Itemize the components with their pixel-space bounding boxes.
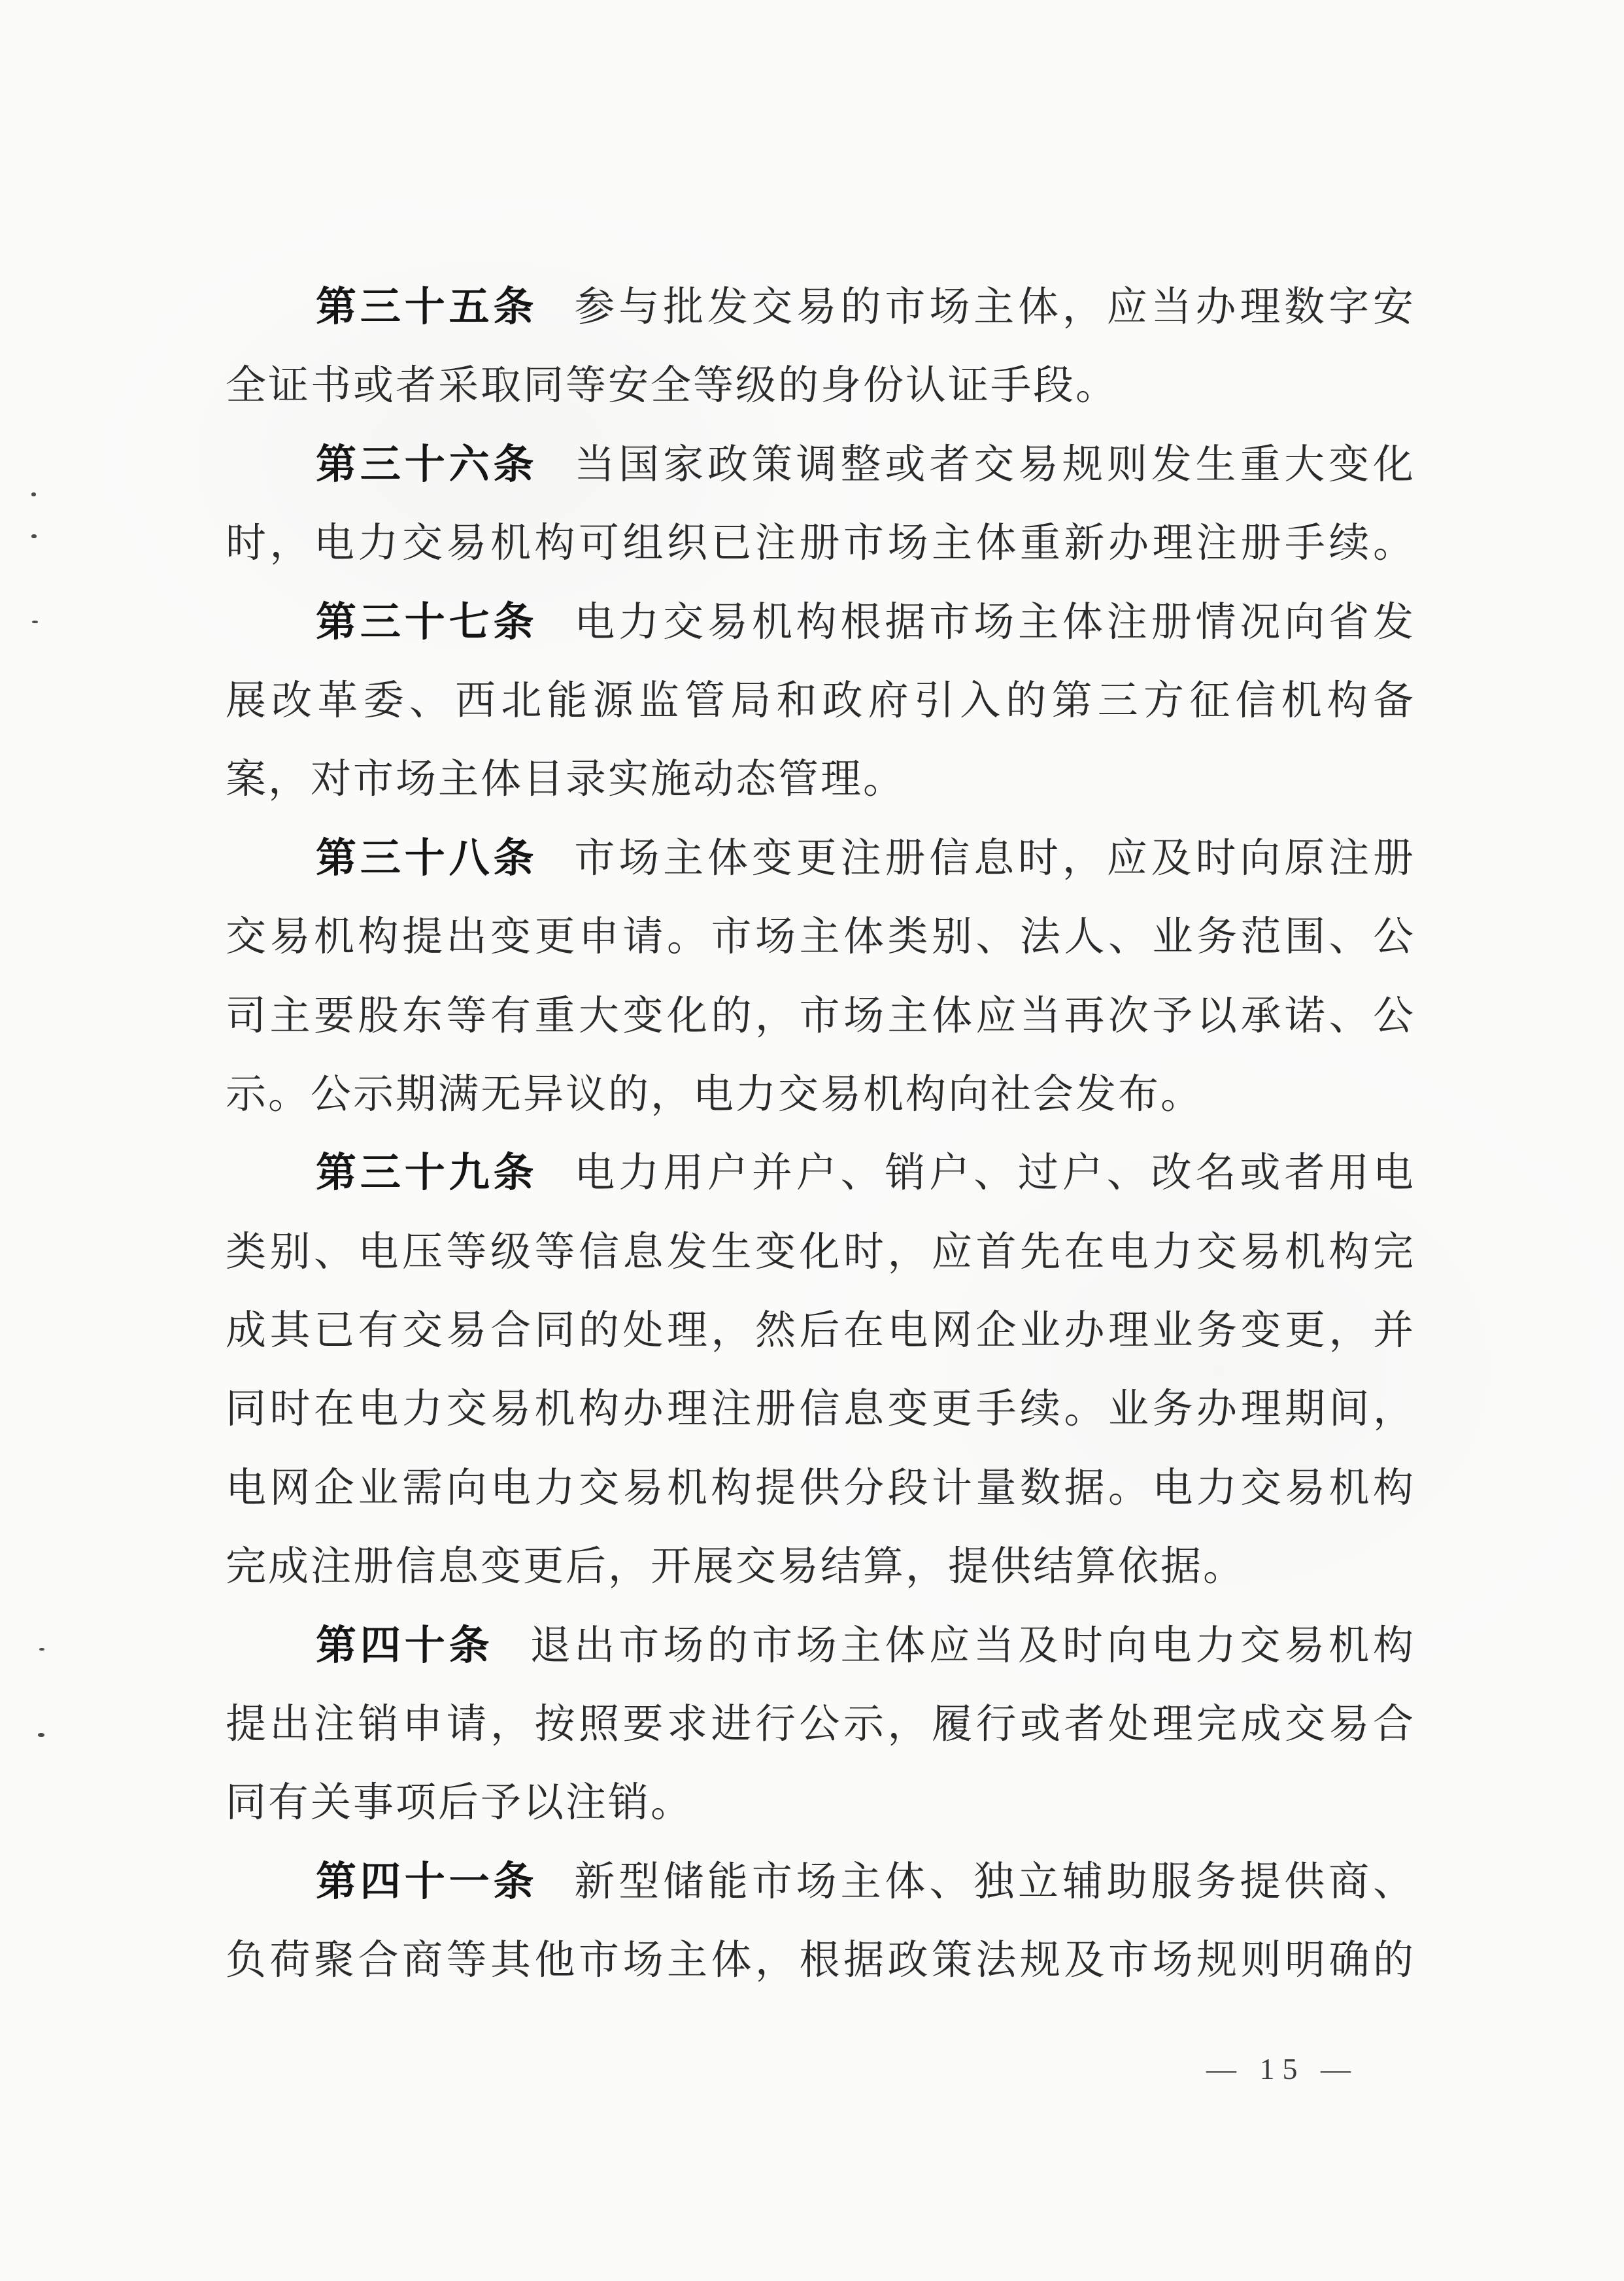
line-text: 提出注销申请，按照要求进行公示，履行或者处理完成交易合 [226, 1702, 1415, 1747]
article-number: 第四十条 [316, 1624, 493, 1668]
scan-speck [31, 492, 36, 496]
page-number: — 15 — [1206, 2049, 1359, 2089]
doc-line: 交易机构提出变更申请。市场主体类别、法人、业务范围、公 [226, 898, 1415, 976]
doc-line: 完成注册信息变更后，开展交易结算，提供结算依据。 [226, 1528, 1415, 1606]
article-heading-line: 第四十一条新型储能市场主体、独立辅助服务提供商、 [226, 1843, 1415, 1921]
doc-line: 案，对市场主体目录实施动态管理。 [226, 740, 1415, 819]
line-text: 参与批发交易的市场主体，应当办理数字安 [574, 285, 1415, 330]
line-text: 案，对市场主体目录实施动态管理。 [226, 757, 905, 802]
line-text: 完成注册信息变更后，开展交易结算，提供结算依据。 [226, 1545, 1245, 1589]
line-text: 同时在电力交易机构办理注册信息变更手续。业务办理期间， [226, 1387, 1415, 1432]
line-text: 交易机构提出变更申请。市场主体类别、法人、业务范围、公 [226, 915, 1415, 959]
doc-line: 同时在电力交易机构办理注册信息变更手续。业务办理期间， [226, 1370, 1415, 1449]
line-text: 示。公示期满无异议的，电力交易机构向社会发布。 [226, 1072, 1203, 1117]
line-text: 展改革委、西北能源监管局和政府引入的第三方征信机构备 [226, 679, 1415, 723]
doc-line: 负荷聚合商等其他市场主体，根据政策法规及市场规则明确的 [226, 1921, 1415, 2000]
document-page: 第三十五条参与批发交易的市场主体，应当办理数字安 全证书或者采取同等安全等级的身… [0, 0, 1624, 2281]
doc-line: 电网企业需向电力交易机构提供分段计量数据。电力交易机构 [226, 1449, 1415, 1528]
line-text: 退出市场的市场主体应当及时向电力交易机构 [530, 1624, 1415, 1668]
doc-line: 司主要股东等有重大变化的，市场主体应当再次予以承诺、公 [226, 977, 1415, 1055]
doc-line: 同有关事项后予以注销。 [226, 1764, 1415, 1842]
article-number: 第三十八条 [316, 836, 537, 881]
scan-speck [31, 534, 37, 538]
doc-line: 时，电力交易机构可组织已注册市场主体重新办理注册手续。 [226, 504, 1415, 583]
article-number: 第三十六条 [316, 443, 537, 487]
line-text: 成其已有交易合同的处理，然后在电网企业办理业务变更，并 [226, 1309, 1415, 1353]
line-text: 同有关事项后予以注销。 [226, 1781, 693, 1825]
line-text: 当国家政策调整或者交易规则发生重大变化 [574, 443, 1415, 487]
text-block: 第三十五条参与批发交易的市场主体，应当办理数字安 全证书或者采取同等安全等级的身… [226, 268, 1415, 2000]
line-text: 新型储能市场主体、独立辅助服务提供商、 [574, 1860, 1415, 1904]
line-text: 全证书或者采取同等安全等级的身份认证手段。 [226, 364, 1118, 408]
line-text: 类别、电压等级等信息发生变化时，应首先在电力交易机构完 [226, 1230, 1415, 1275]
doc-line: 示。公示期满无异议的，电力交易机构向社会发布。 [226, 1055, 1415, 1134]
line-text: 电网企业需向电力交易机构提供分段计量数据。电力交易机构 [226, 1466, 1415, 1511]
line-text: 电力用户并户、销户、过户、改名或者用电 [574, 1151, 1415, 1195]
doc-line: 类别、电压等级等信息发生变化时，应首先在电力交易机构完 [226, 1213, 1415, 1292]
doc-line: 展改革委、西北能源监管局和政府引入的第三方征信机构备 [226, 662, 1415, 740]
article-number: 第四十一条 [316, 1860, 537, 1904]
doc-line: 提出注销申请，按照要求进行公示，履行或者处理完成交易合 [226, 1685, 1415, 1764]
article-number: 第三十九条 [316, 1151, 537, 1195]
line-text: 市场主体变更注册信息时，应及时向原注册 [574, 836, 1415, 881]
line-text: 司主要股东等有重大变化的，市场主体应当再次予以承诺、公 [226, 994, 1415, 1038]
article-heading-line: 第三十六条当国家政策调整或者交易规则发生重大变化 [226, 426, 1415, 504]
article-number: 第三十七条 [316, 600, 537, 645]
line-text: 负荷聚合商等其他市场主体，根据政策法规及市场规则明确的 [226, 1938, 1415, 1983]
scan-speck [38, 1733, 44, 1737]
line-text: 时，电力交易机构可组织已注册市场主体重新办理注册手续。 [226, 521, 1415, 566]
line-text: 电力交易机构根据市场主体注册情况向省发 [574, 600, 1415, 645]
article-heading-line: 第四十条退出市场的市场主体应当及时向电力交易机构 [226, 1607, 1415, 1685]
article-heading-line: 第三十七条电力交易机构根据市场主体注册情况向省发 [226, 583, 1415, 662]
article-heading-line: 第三十九条电力用户并户、销户、过户、改名或者用电 [226, 1134, 1415, 1212]
scan-speck [39, 1648, 44, 1651]
doc-line: 全证书或者采取同等安全等级的身份认证手段。 [226, 347, 1415, 425]
article-heading-line: 第三十八条市场主体变更注册信息时，应及时向原注册 [226, 819, 1415, 898]
scan-speck [32, 621, 38, 623]
doc-line: 成其已有交易合同的处理，然后在电网企业办理业务变更，并 [226, 1292, 1415, 1370]
article-heading-line: 第三十五条参与批发交易的市场主体，应当办理数字安 [226, 268, 1415, 347]
article-number: 第三十五条 [316, 285, 537, 330]
